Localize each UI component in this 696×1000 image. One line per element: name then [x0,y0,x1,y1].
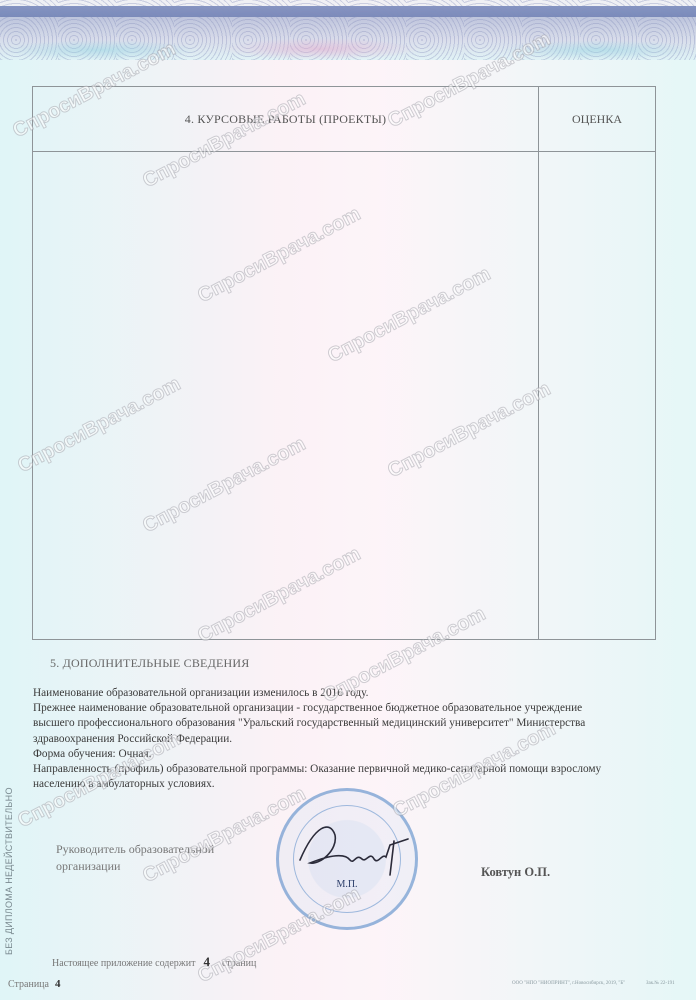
header-divider [33,151,655,152]
printer-code: Зак.№ 22-191 [646,981,675,986]
signature-icon [290,815,420,885]
additional-info-title: 5. ДОПОЛНИТЕЛЬНЫЕ СВЕДЕНИЯ [50,656,249,671]
info-line: Направленность (профиль) образовательной… [33,762,673,777]
security-band [0,0,696,60]
info-line: здравоохранения Российской Федерации. [33,732,673,747]
info-line: Наименование образовательной организации… [33,686,673,701]
head-of-organization-label: Руководитель образовательной организации [56,841,214,875]
info-line: Прежнее наименование образовательной орг… [33,701,673,716]
coursework-table: 4. КУРСОВЫЕ РАБОТЫ (ПРОЕКТЫ) ОЦЕНКА [32,86,656,640]
info-line: высшего профессионального образования "У… [33,716,673,731]
total-pages: 4 [203,954,210,969]
page-count-line: Настоящее приложение содержит4страниц [52,954,256,970]
page-number: Страница4 [8,978,60,990]
grade-header: ОЦЕНКА [539,87,655,151]
info-line: Форма обучения: Очная. [33,747,673,762]
signer-name: Ковтун О.П. [481,865,550,880]
coursework-header: 4. КУРСОВЫЕ РАБОТЫ (ПРОЕКТЫ) [33,87,538,151]
validity-note: БЕЗ ДИПЛОМА НЕДЕЙСТВИТЕЛЬНО [4,787,14,955]
column-divider [538,87,539,639]
printer-info: ООО "НПО "НИОПРИНТ", г.Новосибирск, 2019… [512,981,625,986]
additional-info-text: Наименование образовательной организации… [33,686,673,792]
